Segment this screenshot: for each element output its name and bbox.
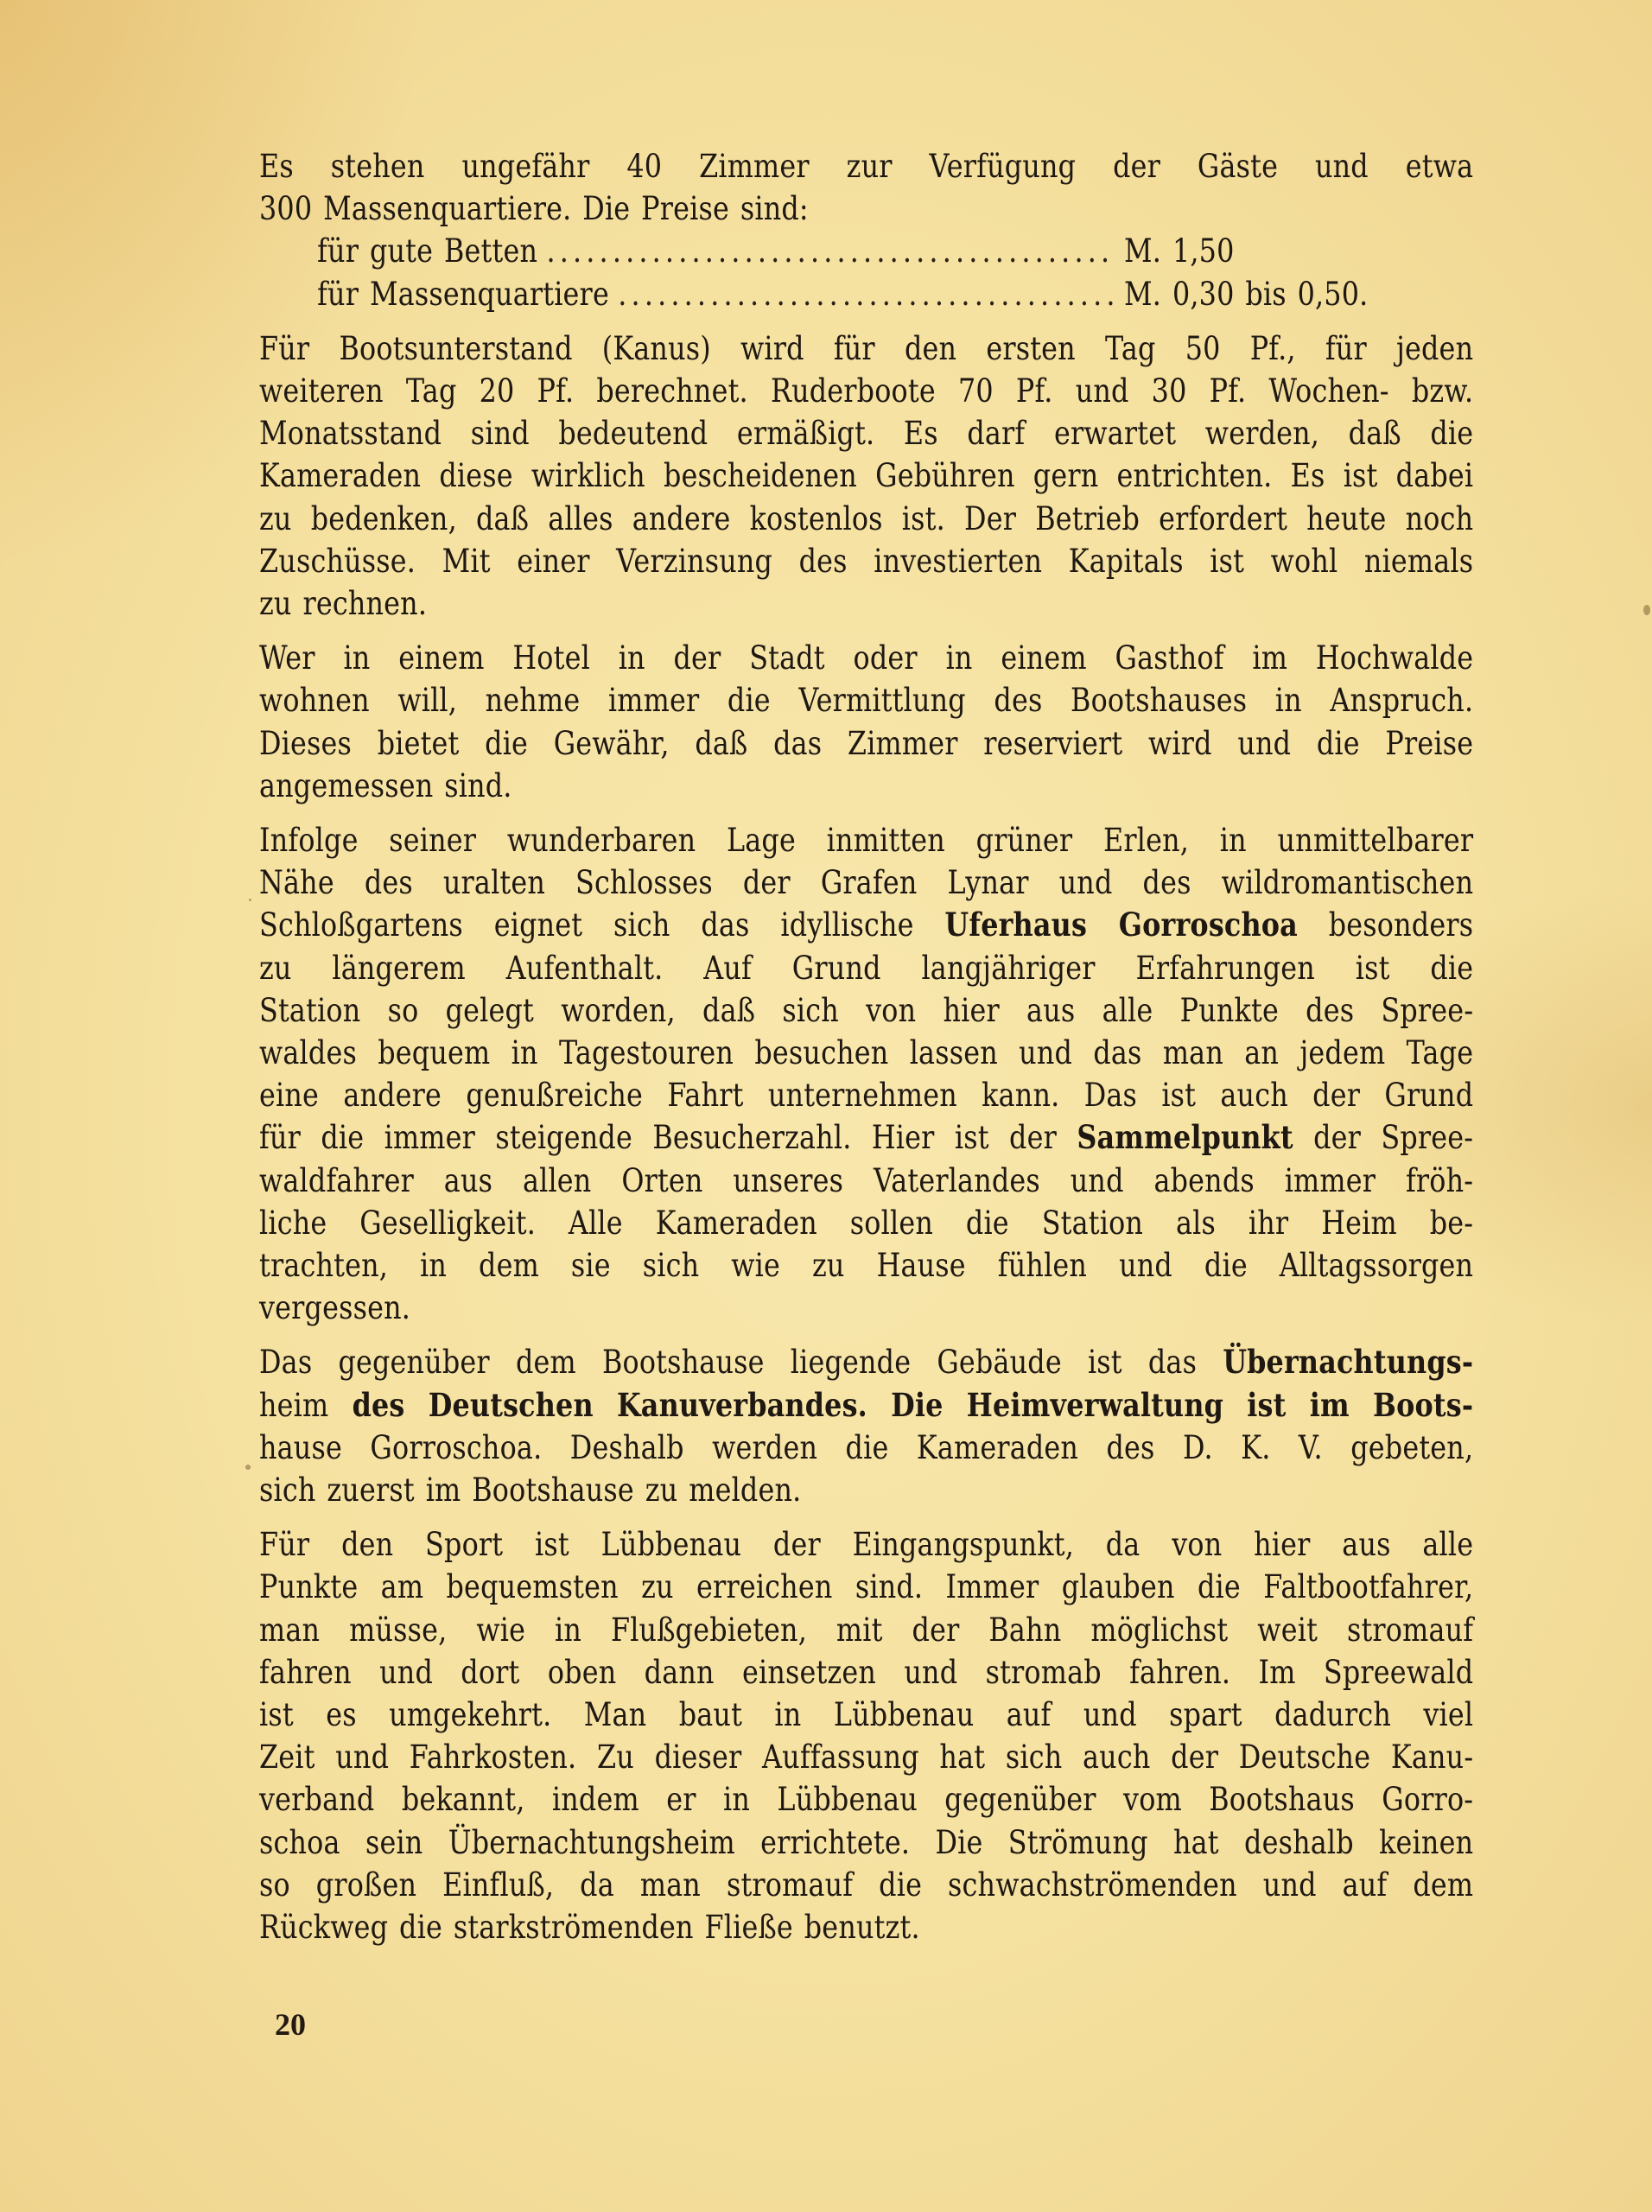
price-row: für Massenquartiere.....................… xyxy=(259,273,1473,315)
text-line: sich zuerst im Bootshause zu melden. xyxy=(259,1469,1473,1511)
paragraph-hostel: Das gegenüber dem Bootshause liegende Ge… xyxy=(259,1341,1473,1511)
text-line: Station so gelegt worden, daß sich von h… xyxy=(259,989,1473,1032)
book-page: Es stehen ungefähr 40 Zimmer zur Verfügu… xyxy=(0,0,1652,2212)
price-label: für Massenquartiere xyxy=(317,273,609,315)
paragraph-hotel: Wer in einem Hotel in der Stadt oder in … xyxy=(259,637,1473,807)
text-line: wohnen will, nehme immer die Vermittlung… xyxy=(259,679,1473,721)
text-line: verband bekannt, indem er in Lübbenau ge… xyxy=(259,1778,1473,1821)
paragraph-location: Infolge seiner wunderbaren Lage inmitten… xyxy=(259,819,1473,1329)
text-line: Dieses bietet die Gewähr, daß das Zimmer… xyxy=(259,722,1473,765)
text-line: Kameraden diese wirklich bescheidenen Ge… xyxy=(259,454,1473,497)
text-line: waldes bequem in Tagestouren besuchen la… xyxy=(259,1032,1473,1074)
text-line: Für den Sport ist Lübbenau der Eingangsp… xyxy=(259,1523,1473,1566)
text-line: trachten, in dem sie sich wie zu Hause f… xyxy=(259,1244,1473,1287)
text-line: zu rechnen. xyxy=(259,582,1473,625)
text-line: Infolge seiner wunderbaren Lage inmitten… xyxy=(259,819,1473,861)
page-number: 20 xyxy=(275,2006,306,2043)
text-line: Es stehen ungefähr 40 Zimmer zur Verfügu… xyxy=(259,145,1473,188)
text-line: weiteren Tag 20 Pf. berechnet. Ruderboot… xyxy=(259,370,1473,412)
text-line: Zuschüsse. Mit einer Verzinsung des inve… xyxy=(259,540,1473,582)
text-line: Das gegenüber dem Bootshause liegende Ge… xyxy=(259,1341,1473,1383)
text-line: Punkte am bequemsten zu erreichen sind. … xyxy=(259,1566,1473,1608)
price-label: für gute Betten xyxy=(317,230,537,272)
text-line: Für Bootsunterstand (Kanus) wird für den… xyxy=(259,327,1473,370)
text-line: schoa sein Übernachtungsheim errichtete.… xyxy=(259,1821,1473,1864)
price-value: M. 1,50 xyxy=(1124,230,1473,272)
emphasized-text: des Deutschen Kanuverbandes. Die Heimver… xyxy=(328,1386,1473,1424)
price-list: für gute Betten.........................… xyxy=(259,230,1473,315)
paper-speck xyxy=(245,1465,251,1470)
leader-dots: ........................................… xyxy=(618,273,1115,315)
text-line: Rückweg die starkströmenden Fließe benut… xyxy=(259,1906,1473,1948)
text-line: Monatsstand sind bedeutend ermäßigt. Es … xyxy=(259,412,1473,454)
text-line: angemessen sind. xyxy=(259,765,1473,807)
text-line: so großen Einfluß, da man stromauf die s… xyxy=(259,1864,1473,1906)
paragraph-rooms: Es stehen ungefähr 40 Zimmer zur Verfügu… xyxy=(259,145,1473,315)
text-line: zu bedenken, daß alles andere kostenlos … xyxy=(259,498,1473,540)
price-row: für gute Betten.........................… xyxy=(259,230,1473,272)
price-value: M. 0,30 bis 0,50. xyxy=(1124,273,1473,315)
emphasized-text: Übernachtungs- xyxy=(1223,1343,1473,1381)
paper-speck xyxy=(1643,605,1650,615)
text-line: man müsse, wie in Flußgebieten, mit der … xyxy=(259,1609,1473,1651)
paragraph-sport: Für den Sport ist Lübbenau der Eingangsp… xyxy=(259,1523,1473,1948)
text-line: eine andere genußreiche Fahrt unternehme… xyxy=(259,1074,1473,1116)
emphasized-text: Sammelpunkt xyxy=(1077,1118,1293,1156)
text-line: liche Geselligkeit. Alle Kameraden solle… xyxy=(259,1202,1473,1244)
text-line: 300 Massenquartiere. Die Preise sind: xyxy=(259,188,1473,230)
paper-speck xyxy=(249,899,251,901)
text-line: Nähe des uralten Schlosses der Grafen Ly… xyxy=(259,861,1473,904)
paragraph-boat-storage: Für Bootsunterstand (Kanus) wird für den… xyxy=(259,327,1473,625)
text-line: für die immer steigende Besucherzahl. Hi… xyxy=(259,1116,1473,1159)
text-line: ist es umgekehrt. Man baut in Lübbenau a… xyxy=(259,1694,1473,1736)
text-line: Schloßgartens eignet sich das idyllische… xyxy=(259,904,1473,946)
text-line: Zeit und Fahrkosten. Zu dieser Auffassun… xyxy=(259,1736,1473,1778)
text-line: vergessen. xyxy=(259,1287,1473,1329)
text-line: Wer in einem Hotel in der Stadt oder in … xyxy=(259,637,1473,679)
emphasized-text: Uferhaus Gorroschoa xyxy=(944,906,1298,944)
page-body: Es stehen ungefähr 40 Zimmer zur Verfügu… xyxy=(259,145,1473,1961)
leader-dots: ........................................… xyxy=(546,230,1115,272)
text-line: heim des Deutschen Kanuverbandes. Die He… xyxy=(259,1384,1473,1427)
text-line: waldfahrer aus allen Orten unseres Vater… xyxy=(259,1160,1473,1202)
text-line: fahren und dort oben dann einsetzen und … xyxy=(259,1651,1473,1694)
text-line: zu längerem Aufenthalt. Auf Grund langjä… xyxy=(259,947,1473,989)
text-line: hause Gorroschoa. Deshalb werden die Kam… xyxy=(259,1427,1473,1469)
